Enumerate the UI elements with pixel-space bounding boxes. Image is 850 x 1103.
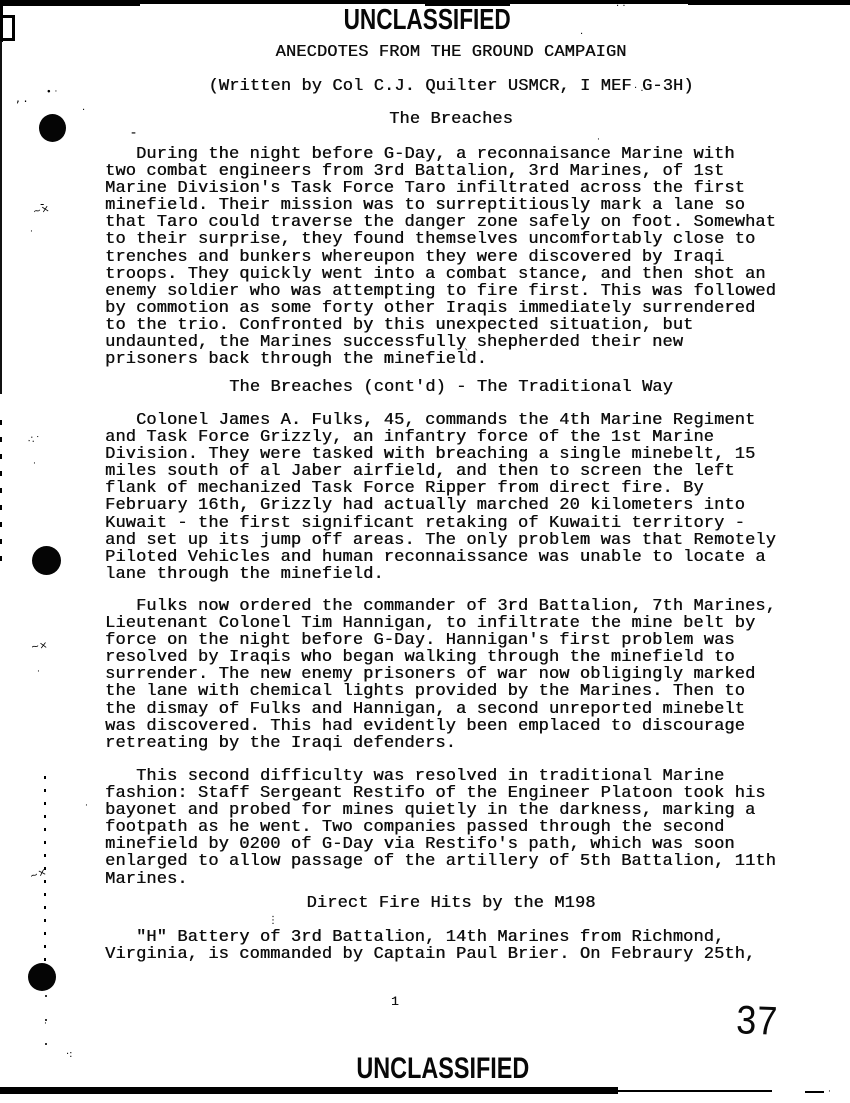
scan-artifact-mark: ~× [32, 204, 50, 217]
document-body: ANECDOTES FROM THE GROUND CAMPAIGN (Writ… [105, 0, 797, 1103]
scan-artifact-mark: ∙ · [46, 88, 57, 97]
scan-edge-bottom-line [610, 1090, 772, 1092]
scan-artifact-mark: ·: [66, 1050, 73, 1060]
classification-footer-text: UNCLASSIFIED [357, 1052, 530, 1086]
scan-artifact-mark: · [33, 460, 36, 469]
hole-punch-dot [39, 114, 66, 142]
document-title: ANECDOTES FROM THE GROUND CAMPAIGN [105, 44, 797, 61]
handwritten-page-number: 37 [736, 998, 779, 1044]
document-byline: (Written by Col C.J. Quilter USMCR, I ME… [105, 78, 797, 95]
scanned-document-page: UNCLASSIFIED ANECDOTES FROM THE GROUND C… [0, 0, 850, 1103]
scan-artifact-mark: ∴˙ [27, 435, 40, 447]
hole-punch-dot [28, 963, 56, 991]
scan-artifact-mark: · [597, 136, 600, 145]
classification-footer: UNCLASSIFIED [0, 1052, 850, 1086]
section-heading-breaches: The Breaches [105, 111, 797, 128]
scan-edge-bottom-dash [805, 1091, 824, 1093]
paragraph-traditional-way-2: Fulks now ordered the commander of 3rd B… [105, 598, 776, 752]
hole-punch-dot [32, 546, 61, 575]
paragraph-traditional-way-1: Colonel James A. Fulks, 45, commands the… [105, 412, 776, 583]
page-number: 1 [391, 994, 399, 1009]
scan-artifact-mark: - [131, 126, 136, 140]
scan-artifact-mark: ` · [464, 348, 477, 359]
scan-artifact-mark: · [85, 802, 88, 811]
scan-artifact-mark: ~× [30, 641, 48, 653]
scan-artifact-mark: · . [634, 84, 644, 94]
scan-artifact-mark: · [30, 228, 33, 237]
scan-artifact-mark: ⋮ [268, 916, 278, 926]
scan-artifact-mark: · [828, 1088, 831, 1097]
scan-artifact-mark: · [82, 106, 85, 116]
scan-edge-left-line [0, 40, 2, 394]
scan-artifact-mark: · · [616, 2, 626, 12]
scan-artifact-mark: , . [16, 92, 27, 104]
scan-edge-bottom-bar [0, 1087, 618, 1094]
section-heading-direct-fire: Direct Fire Hits by the M198 [105, 895, 797, 912]
scan-artifact-mark: · [37, 668, 40, 677]
scan-artifact-mark: · [44, 1020, 47, 1029]
paragraph-direct-fire-1: "H" Battery of 3rd Battalion, 14th Marin… [105, 929, 755, 963]
paragraph-breaches-1: During the night before G-Day, a reconna… [105, 146, 776, 368]
section-heading-breaches-contd: The Breaches (cont'd) - The Traditional … [105, 379, 797, 396]
scan-left-dashed-line [0, 420, 2, 565]
scan-artifact-mark: · [580, 30, 583, 40]
paragraph-traditional-way-3: This second difficulty was resolved in t… [105, 768, 776, 888]
